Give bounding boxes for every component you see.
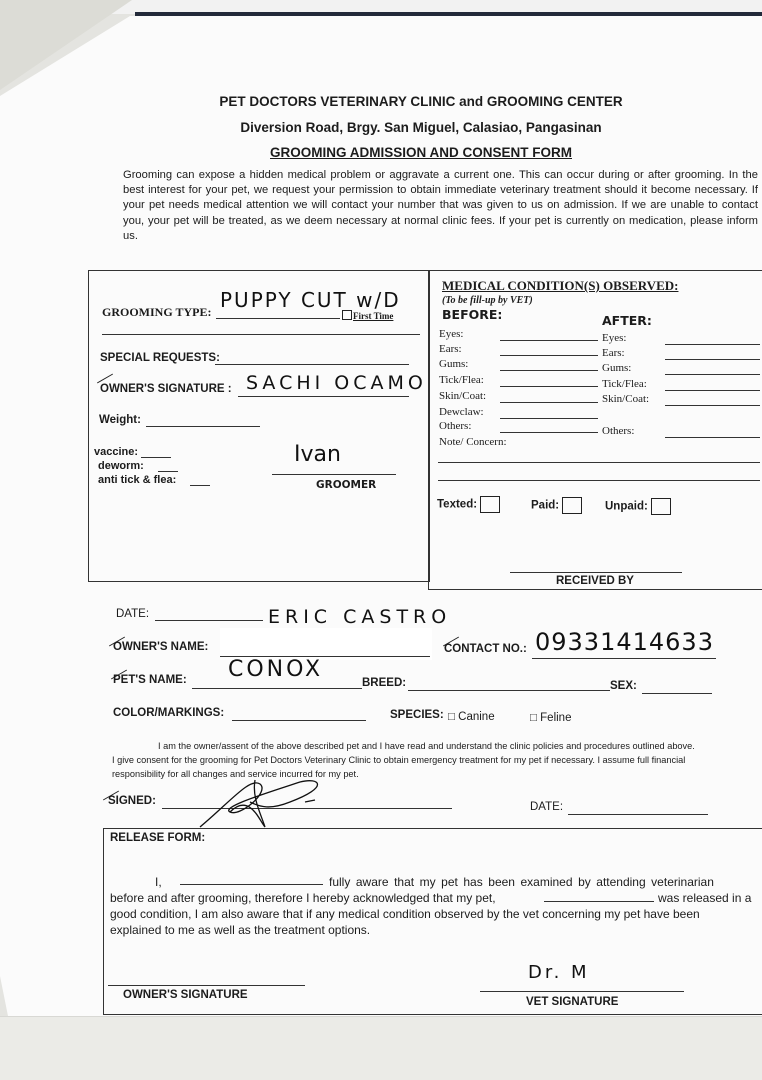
before-label: BEFORE: [442, 307, 502, 322]
owner-name-label: OWNER'S NAME: [113, 641, 208, 653]
vet-signature-label: VET SIGNATURE [526, 996, 618, 1008]
breed-label: BREED: [362, 677, 406, 689]
after-field-input[interactable] [665, 437, 760, 438]
owner-scribble-signature [190, 772, 350, 832]
release-name-field[interactable] [180, 884, 323, 885]
grooming-type-value: PUPPY CUT w/D [220, 288, 401, 312]
contact-value: 09331414633 [535, 628, 714, 656]
date-label: DATE: [116, 608, 149, 620]
checkbox-icon [651, 498, 671, 515]
note-line-1[interactable] [438, 462, 760, 463]
after-field-input[interactable] [665, 405, 760, 406]
after-field-input[interactable] [665, 344, 760, 345]
before-field-input[interactable] [500, 340, 598, 341]
checkbox-icon [562, 497, 582, 514]
before-field-input[interactable] [500, 402, 598, 403]
owner-signature-label: OWNER'S SIGNATURE : [100, 383, 232, 395]
after-field-label: Tick/Flea: [602, 378, 647, 390]
breed-field[interactable] [408, 690, 610, 691]
release-p1-start: I, [155, 874, 162, 890]
deworm-label: deworm: [98, 460, 144, 472]
form-title-text: GROOMING ADMISSION AND CONSENT FORM [270, 145, 572, 160]
release-p3: good condition, I am also aware that if … [110, 906, 700, 922]
first-time-checkbox[interactable]: First Time [342, 310, 393, 321]
clinic-address: Diversion Road, Brgy. San Miguel, Calasi… [40, 120, 762, 135]
consent-line-1: I am the owner/assent of the above descr… [158, 739, 695, 753]
pet-name-value: CONOX [228, 657, 323, 682]
grooming-type-extra-line[interactable] [102, 334, 420, 335]
checkbox-icon [342, 310, 352, 320]
anti-tick-field[interactable] [190, 485, 210, 486]
after-field-input[interactable] [665, 390, 760, 391]
date-field[interactable] [155, 620, 263, 621]
vaccine-field[interactable] [141, 457, 171, 458]
release-p1-rest: fully aware that my pet has been examine… [329, 874, 759, 890]
medical-title: MEDICAL CONDITION(S) OBSERVED: [442, 278, 678, 294]
after-label: AFTER: [602, 313, 652, 328]
texted-label: Texted: [437, 499, 477, 511]
before-field-input[interactable] [500, 355, 598, 356]
after-field-label: Gums: [602, 362, 631, 374]
checkbox-icon [480, 496, 500, 513]
owner-signature-value: SACHI OCAMO [246, 372, 427, 394]
vaccine-label: vaccine: [94, 446, 138, 458]
after-field-label: Skin/Coat: [602, 393, 649, 405]
release-owner-signature-label: OWNER'S SIGNATURE [123, 989, 248, 1001]
before-field-label: Gums: [439, 358, 468, 370]
sex-label: SEX: [610, 680, 637, 692]
species-feline-option[interactable]: □ Feline [530, 712, 571, 724]
color-markings-field[interactable] [232, 720, 366, 721]
color-markings-label: COLOR/MARKINGS: [113, 707, 224, 719]
pet-name-label: PET'S NAME: [113, 674, 187, 686]
consent-line-2: I give consent for the grooming for Pet … [112, 753, 685, 767]
canine-label: Canine [458, 711, 494, 723]
after-field-input[interactable] [665, 359, 760, 360]
received-by-label: RECEIVED BY [556, 575, 634, 587]
weight-label: Weight: [99, 414, 141, 426]
before-field-label: Tick/Flea: [439, 374, 484, 386]
before-field-label: Eyes: [439, 328, 463, 340]
grooming-type-field[interactable] [216, 318, 340, 319]
paid-label: Paid: [531, 500, 559, 512]
before-field-input[interactable] [500, 418, 598, 419]
after-field-label: Eyes: [602, 332, 626, 344]
unpaid-label: Unpaid: [605, 501, 648, 513]
weight-field[interactable] [146, 426, 260, 427]
consent-date-field[interactable] [568, 814, 708, 815]
medical-subtitle: (To be fill-up by VET) [442, 295, 533, 306]
before-field-label: Dewclaw: [439, 406, 484, 418]
groomer-signature-field[interactable] [272, 474, 396, 475]
after-field-input[interactable] [665, 374, 760, 375]
species-label: SPECIES: [390, 709, 444, 721]
before-field-input[interactable] [500, 386, 598, 387]
vet-signature-value: Dr. M [528, 962, 590, 983]
contact-field[interactable] [532, 658, 716, 659]
sex-field[interactable] [642, 693, 712, 694]
groomer-signature-value: Ivan [294, 442, 341, 467]
texted-checkbox[interactable]: Texted: [437, 496, 500, 513]
note-concern-label: Note/ Concern: [439, 436, 507, 448]
release-p2-end: was released in a [658, 890, 751, 906]
pet-name-field[interactable] [192, 688, 362, 689]
intro-paragraph: Grooming can expose a hidden medical pro… [123, 168, 758, 244]
before-field-label: Others: [439, 420, 471, 432]
release-p2-start: before and after grooming, therefore I h… [110, 890, 496, 906]
special-requests-label: SPECIAL REQUESTS: [100, 352, 220, 364]
first-time-label: First Time [353, 311, 393, 321]
before-field-label: Ears: [439, 343, 462, 355]
deworm-field[interactable] [158, 471, 178, 472]
anti-tick-label: anti tick & flea: [98, 474, 176, 486]
signed-label: SIGNED: [108, 795, 156, 807]
paid-checkbox[interactable]: Paid: [531, 497, 582, 514]
owner-name-value: ERIC CASTRO [268, 606, 451, 628]
consent-date-label: DATE: [530, 801, 563, 813]
groomer-label: GROOMER [316, 479, 376, 491]
after-field-label: Ears: [602, 347, 625, 359]
species-canine-option[interactable]: □ Canine [448, 711, 495, 723]
contact-label: CONTACT NO.: [444, 643, 527, 655]
release-owner-signature-field[interactable] [108, 985, 305, 986]
vet-signature-field[interactable] [480, 991, 684, 992]
before-field-label: Skin/Coat: [439, 390, 486, 402]
unpaid-checkbox[interactable]: Unpaid: [605, 498, 671, 515]
special-requests-field[interactable] [215, 364, 409, 365]
received-by-field[interactable] [510, 572, 682, 573]
owner-signature-field[interactable] [238, 396, 409, 397]
scan-edge [135, 12, 762, 16]
feline-label: Feline [540, 712, 571, 724]
release-pet-field[interactable] [544, 901, 654, 902]
release-title: RELEASE FORM: [110, 832, 205, 844]
clinic-name: PET DOCTORS VETERINARY CLINIC and GROOMI… [40, 94, 762, 109]
scan-background-bottom [0, 1016, 762, 1080]
after-field-label: Others: [602, 425, 634, 437]
release-p4: explained to me as well as the treatment… [110, 922, 370, 938]
before-field-input[interactable] [500, 370, 598, 371]
grooming-type-label: GROOMING TYPE: [102, 305, 211, 320]
before-field-input[interactable] [500, 432, 598, 433]
form-title: GROOMING ADMISSION AND CONSENT FORM [40, 145, 762, 160]
note-line-2[interactable] [438, 480, 760, 481]
